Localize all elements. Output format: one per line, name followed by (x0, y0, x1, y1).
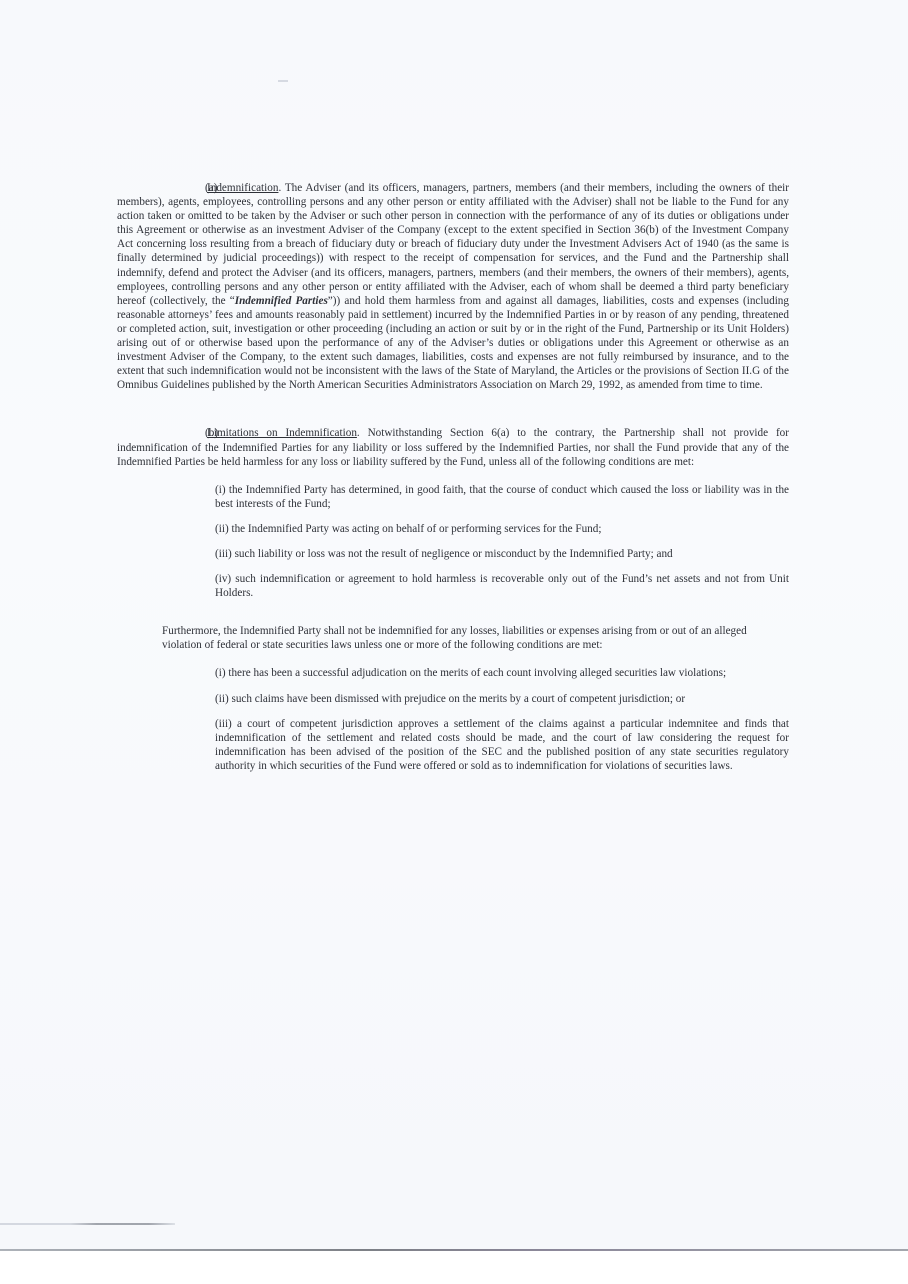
scanned-page: (a)Indemnification. The Adviser (and its… (0, 0, 908, 1250)
section-b-marker: (b) (161, 426, 207, 440)
section-a-marker: (a) (161, 181, 207, 195)
condition-item: (iv) such indemnification or agreement t… (215, 572, 789, 600)
condition-item: (iii) such liability or loss was not the… (215, 547, 789, 561)
page-bottom-edge (0, 1249, 908, 1251)
section-a-text-part2: ”)) and hold them harmless from and agai… (117, 295, 789, 392)
securities-condition-item: (i) there has been a successful adjudica… (215, 666, 789, 680)
section-a-indemnification: (a)Indemnification. The Adviser (and its… (117, 181, 789, 392)
section-b-heading: Limitations on Indemnification (207, 427, 357, 439)
scan-footer-artifact (0, 1223, 175, 1225)
defined-term-indemnified-parties: Indemnified Parties (235, 295, 328, 307)
condition-item: (i) the Indemnified Party has determined… (215, 483, 789, 511)
scanner-background (0, 1252, 908, 1284)
furthermore-paragraph: Furthermore, the Indemnified Party shall… (162, 624, 782, 652)
section-b-limitations: (b)Limitations on Indemnification. Notwi… (117, 426, 789, 468)
scan-artifact (278, 80, 288, 82)
securities-conditions-list: (i) there has been a successful adjudica… (117, 666, 789, 773)
securities-condition-item: (ii) such claims have been dismissed wit… (215, 692, 789, 706)
section-a-text-part1: . The Adviser (and its officers, manager… (117, 182, 789, 307)
securities-condition-item: (iii) a court of competent jurisdiction … (215, 717, 789, 773)
condition-item: (ii) the Indemnified Party was acting on… (215, 522, 789, 536)
section-a-heading: Indemnification (207, 182, 278, 194)
indemnification-conditions-list: (i) the Indemnified Party has determined… (117, 483, 789, 601)
document-body: (a)Indemnification. The Adviser (and its… (117, 181, 789, 784)
